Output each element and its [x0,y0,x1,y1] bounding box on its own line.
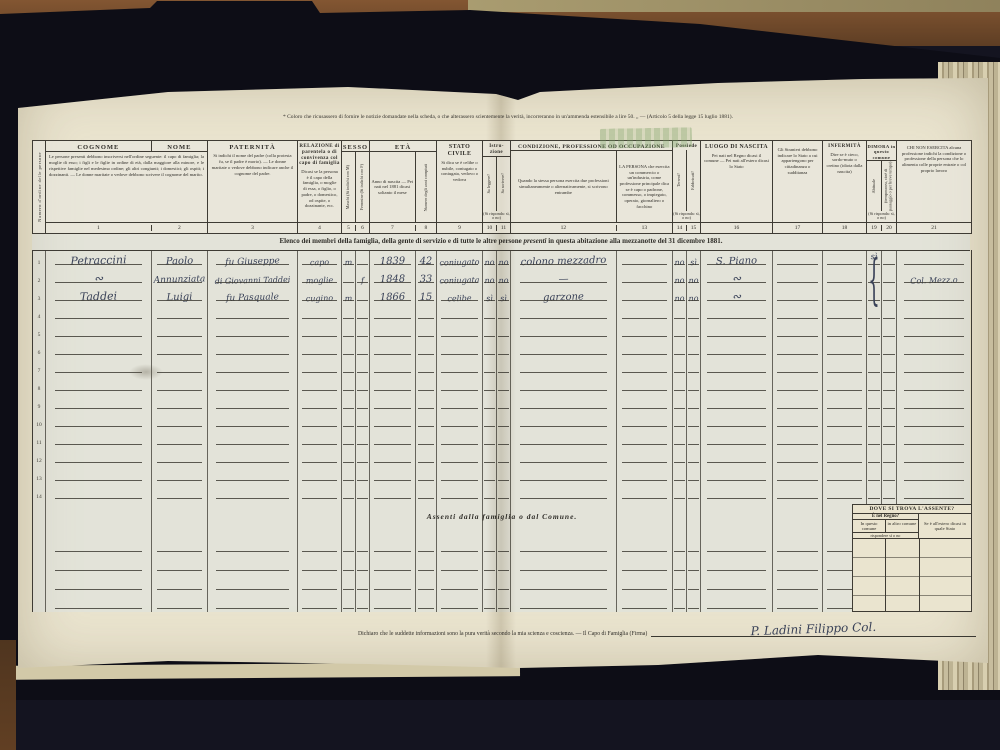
num-18: 18 [823,225,866,231]
empty-table-row [33,322,971,340]
num-20: 20 [881,225,896,231]
col-luogo-nascita-header: LUOGO DI NASCITA Pei nati nel Regno dica… [701,141,773,233]
chi-alimenta-2: Col. Mezz.o [897,275,971,286]
col-stranieri-header: Gli Stranieri debbono indicare lo Stato … [773,141,823,233]
condizione-due-professioni: Quando la stessa persona esercita due pr… [511,176,616,197]
sa-leggere: Sa leggere? [487,174,492,193]
empty-table-row [33,466,971,484]
empty-table-row [33,304,971,322]
num-1: 1 [46,225,151,231]
penalty-warning-line: * Coloro che ricusassero di fornire le n… [128,114,888,120]
empty-table-row [33,574,971,593]
declaration-line: Dichiaro che le suddette informazioni so… [358,622,976,637]
num-16: 16 [701,225,772,231]
table-edge-strip [468,0,1000,12]
in-questo-comune: In questo comune [853,520,885,532]
num-9: 9 [437,225,482,231]
table-row-2: ∾ Annunziata di Giovanni Taddei moglie f… [33,268,971,286]
num-10: 10 [483,225,496,231]
in-altro-comune: in altro comune [885,520,918,532]
num-8: 8 [415,225,436,231]
nome-2: Annunziata [152,274,207,285]
sesso-maschi: Maschi (Si indichi con M) [346,165,351,209]
dimora-temporanea: (temporanea, cioè di passaggio o per bre… [884,161,893,211]
table-row-1: Petraccini Paolo fu Giuseppe capo m 1839… [33,250,971,268]
col-relazione-header: RELAZIONE di parentela o di convivenza c… [298,141,342,233]
possiede-terreni: Terreni? [677,173,682,187]
assenti-band: Assenti dalla famiglia o dal Comune. [32,502,972,536]
professione-ditto-2: — [511,273,616,287]
col-eta-header: ETÀ Anno di nascita — Pei nati nel 1881 … [370,141,437,233]
table-row-3: Taddei Luigi fu Pasquale cugino m 1866 1… [33,286,971,304]
col-istruzione-header: Istru- zione Sa leggere? Sa scrivere? (S… [483,141,511,233]
empty-table-row [33,358,971,376]
professione-1: colono mezzadro [511,255,616,269]
empty-table-row [33,555,971,574]
elenco-caption: Elenco dei membri della famiglia, della … [32,232,970,251]
col-ordine-header: Numero d'ordine delle persone [33,141,46,233]
num-2: 2 [151,225,207,231]
num-14: 14 [673,225,686,231]
wood-table-corner [0,640,16,750]
empty-table-row [33,448,971,466]
empty-table-row [33,484,971,502]
eta-anno-nascita: Anno di nascita — Pei nati nel 1881 dica… [370,178,415,197]
col-condizione-header: CONDIZIONE, PROFESSIONE OD OCCUPAZIONE Q… [511,141,673,233]
num-13: 13 [616,225,672,231]
se-e-allestero: Se è all'estero dicasi in quale Stato [919,514,971,538]
sesso-femmine: Femmine (Si indichi con F) [360,164,365,210]
dimora-brace-mark: { [859,250,889,418]
num-17: 17 [773,225,822,231]
num-3: 3 [208,225,297,231]
empty-table-row [33,536,971,555]
num-4: 4 [298,225,341,231]
census-sheet-1881: * Coloro che ricusassero di fornire le n… [18,78,988,672]
num-5: 5 [342,225,355,231]
paternita-2: di Giovanni Taddei [208,275,297,286]
empty-table-row [33,430,971,448]
col-possiede-header: Possiede Terreni? Fabbricati? (Si rispon… [673,141,701,233]
col-sesso-header: SESSO Maschi (Si indichi con M) Femmine … [342,141,370,233]
eta-anni-compiuti: Numero degli anni compiuti [424,164,429,211]
col-dimora-header: DIMORA in questo comune Abituale (tempor… [867,141,897,233]
num-19: 19 [867,225,881,231]
dove-si-trova-assente-box: DOVE SI TROVA L'ASSENTE? È nel Regno? In… [852,504,972,612]
num-6: 6 [355,225,369,231]
num-7: 7 [370,225,415,231]
luogo-ditto-2: ∾ [701,271,772,286]
absent-box-empty-cells [853,539,971,611]
num-15: 15 [686,225,700,231]
ink-smudge [129,364,163,380]
empty-table-row [33,376,971,394]
sa-scrivere: Sa scrivere? [501,173,506,193]
nome-title: NOME [152,141,207,151]
col-infermita-header: INFERMITÀ Dire se è cieco, sordo-muto o … [823,141,867,233]
professione-3: garzone [511,291,616,305]
cognome-3: Taddei [46,289,151,305]
num-21: 21 [897,225,971,231]
family-members-table: Petraccini Paolo fu Giuseppe capo m 1839… [32,250,972,502]
condizione-la-persona: LA PERSONA che esercita un commercio o u… [617,163,672,211]
head-of-family-signature: P. Ladini Filippo Col. [651,616,976,641]
cognome-ditto-2: ∾ [46,271,151,287]
luogo-ditto-3: ∾ [701,289,772,304]
col-paternita-header: PATERNITÀ Si indichi il nome del padre (… [208,141,298,233]
num-12: 12 [511,225,616,231]
empty-table-row [33,593,971,612]
empty-table-row [33,340,971,358]
cognome-nome-desc: Le persone presenti debbono inscriversi … [46,152,207,222]
luogo-nascita-1: S. Piano [701,255,772,268]
empty-table-row [33,412,971,430]
cognome-title: COGNOME [46,141,152,151]
col-chi-non-esercita-header: CHI NON ESERCITA alcuna professione indi… [897,141,971,233]
table-header: Numero d'ordine delle persone COGNOME NO… [32,140,972,234]
cognome-1: Petraccini [46,253,151,269]
nome-1: Paolo [152,255,207,267]
col-cognome-nome-header: COGNOME NOME Le persone presenti debbono… [46,141,208,233]
num-11: 11 [496,225,510,231]
ink-stamp [600,127,692,149]
empty-table-row [33,394,971,412]
paternita-1: fu Giuseppe [208,256,297,268]
dimora-abituale: Abituale [872,179,877,193]
possiede-fabbricati: Fabbricati? [691,171,696,190]
photo-of-census-sheet: * Coloro che ricusassero di fornire le n… [0,0,1000,750]
nome-3: Luigi [152,291,207,303]
col-stato-civile-header: STATO CIVILE Si dica se è celibe o nubil… [437,141,483,233]
signature-line: P. Ladini Filippo Col. [651,622,976,637]
assenti-title: Assenti dalla famiglia o dal Comune. [33,512,971,521]
assenti-table [32,536,972,612]
paternita-3: fu Pasquale [208,292,297,304]
